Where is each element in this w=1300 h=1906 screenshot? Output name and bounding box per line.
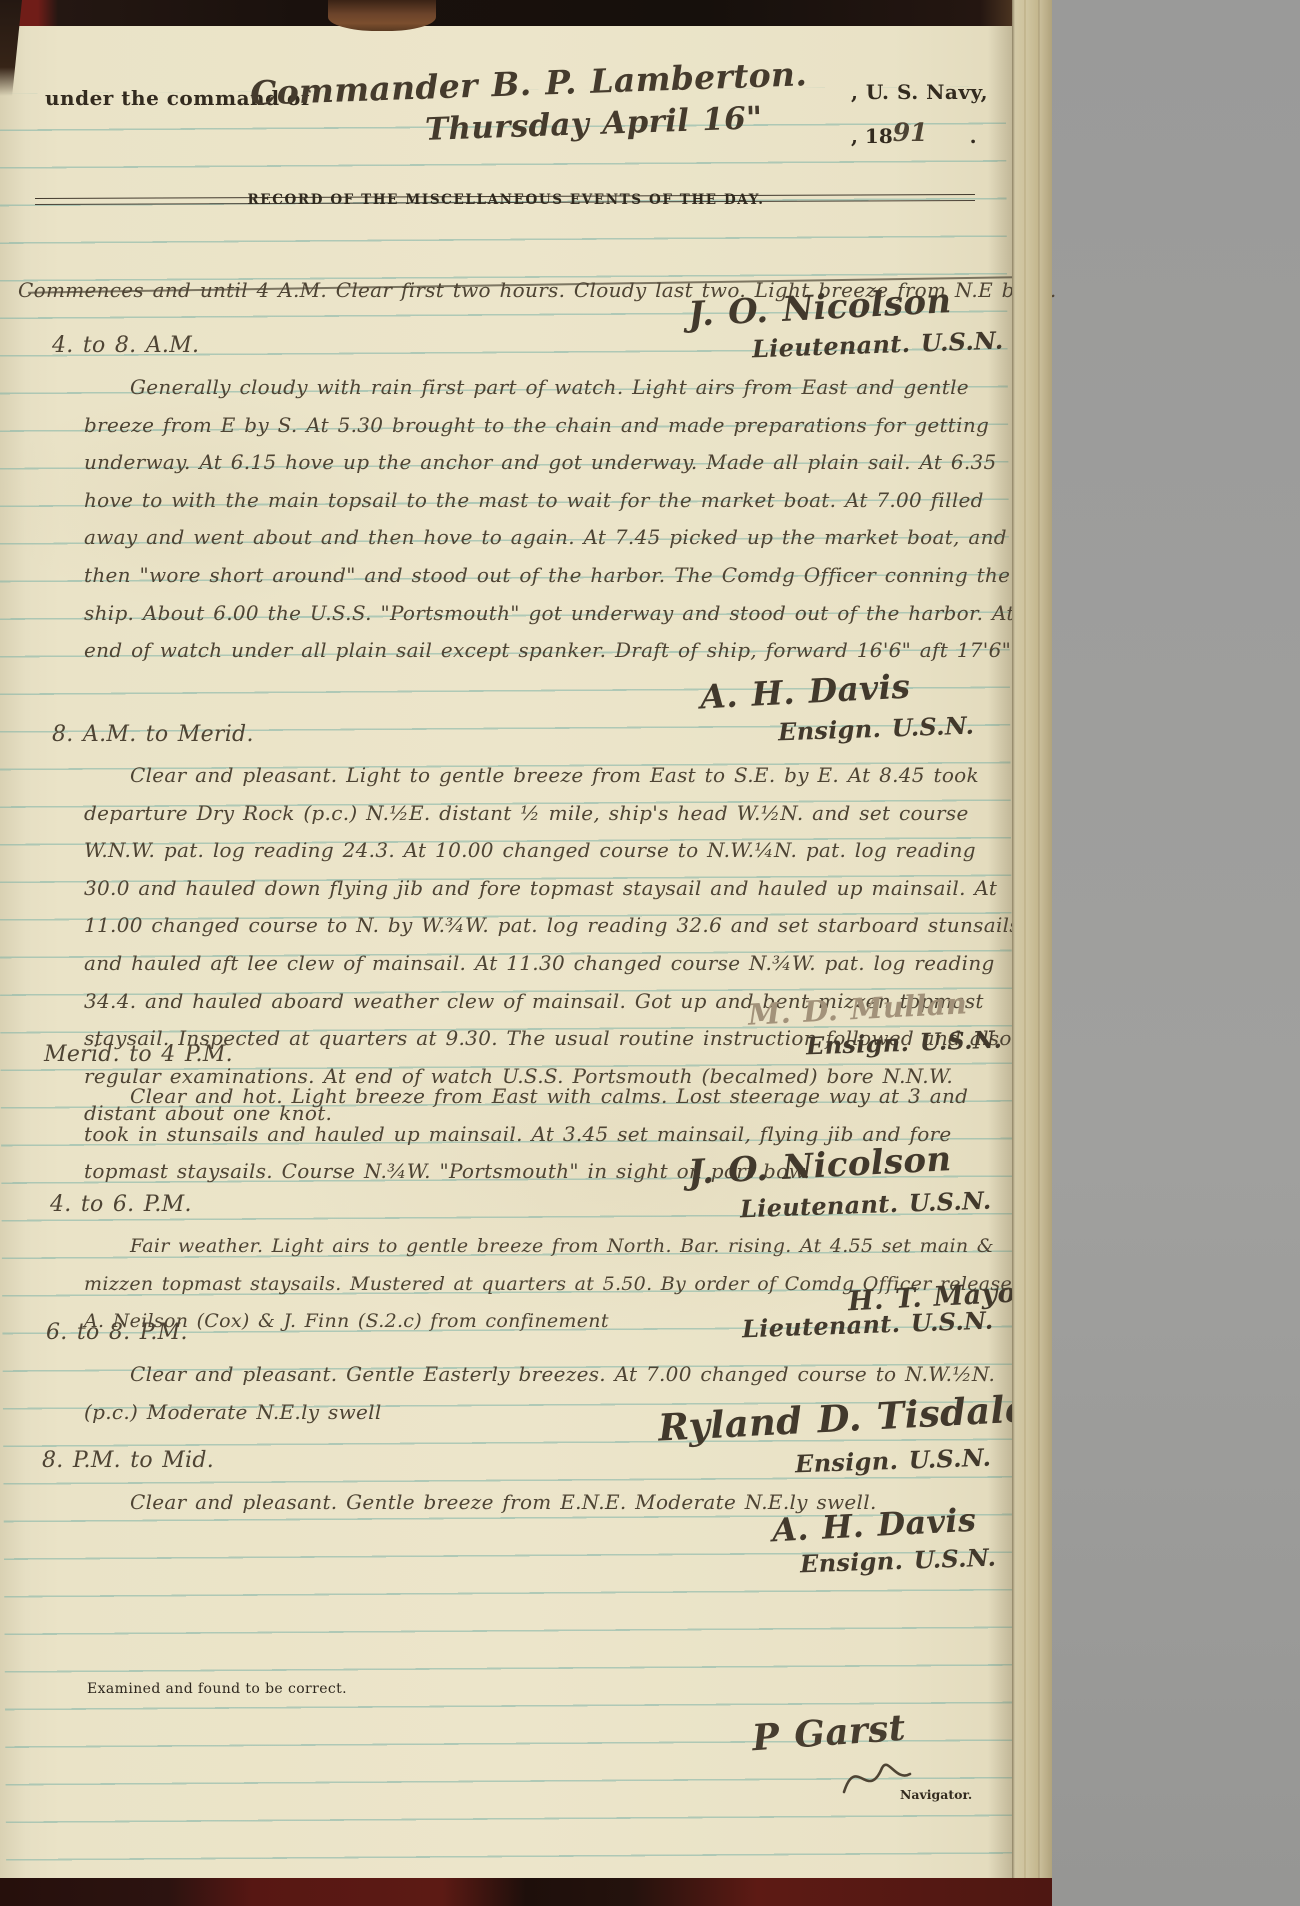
year-handwriting: 91 (893, 118, 928, 147)
watch-header: 4. to 6. P.M. (50, 1192, 192, 1217)
year-line: , 1891. (851, 120, 977, 149)
watch-header: 4. to 8. A.M. (52, 333, 199, 358)
watch-header: 8. P.M. to Mid. (42, 1448, 214, 1473)
examined-label: Examined and found to be correct. (87, 1681, 347, 1697)
record-title: RECORD OF THE MISCELLANEOUS EVENTS OF TH… (0, 192, 1012, 208)
scanned-logbook: { "header": { "printed_prefix": "under t… (0, 0, 1300, 1906)
binding-leather-patch (328, 0, 436, 31)
navy-label: , U. S. Navy, (851, 80, 988, 104)
log-page: under the command of Commander B. P. Lam… (0, 0, 1012, 1906)
binding-corner (0, 0, 22, 96)
watch-header: 6. to 8. P.M. (46, 1320, 188, 1345)
navigator-label: Navigator. (900, 1787, 972, 1802)
year-prefix-label: , 18 (851, 124, 893, 148)
binding-bottom (0, 1878, 1052, 1906)
year-period-label: . (970, 124, 977, 148)
entry-body: Generally cloudy with rain first part of… (84, 369, 1016, 670)
binding-top (0, 0, 1012, 26)
book-fore-edge (1012, 0, 1052, 1906)
watch-header: 8. A.M. to Merid. (52, 722, 254, 747)
watch-header: Merid. to 4 P.M. (44, 1042, 233, 1067)
entry-body: Clear and pleasant. Light to gentle bree… (84, 757, 1022, 1133)
